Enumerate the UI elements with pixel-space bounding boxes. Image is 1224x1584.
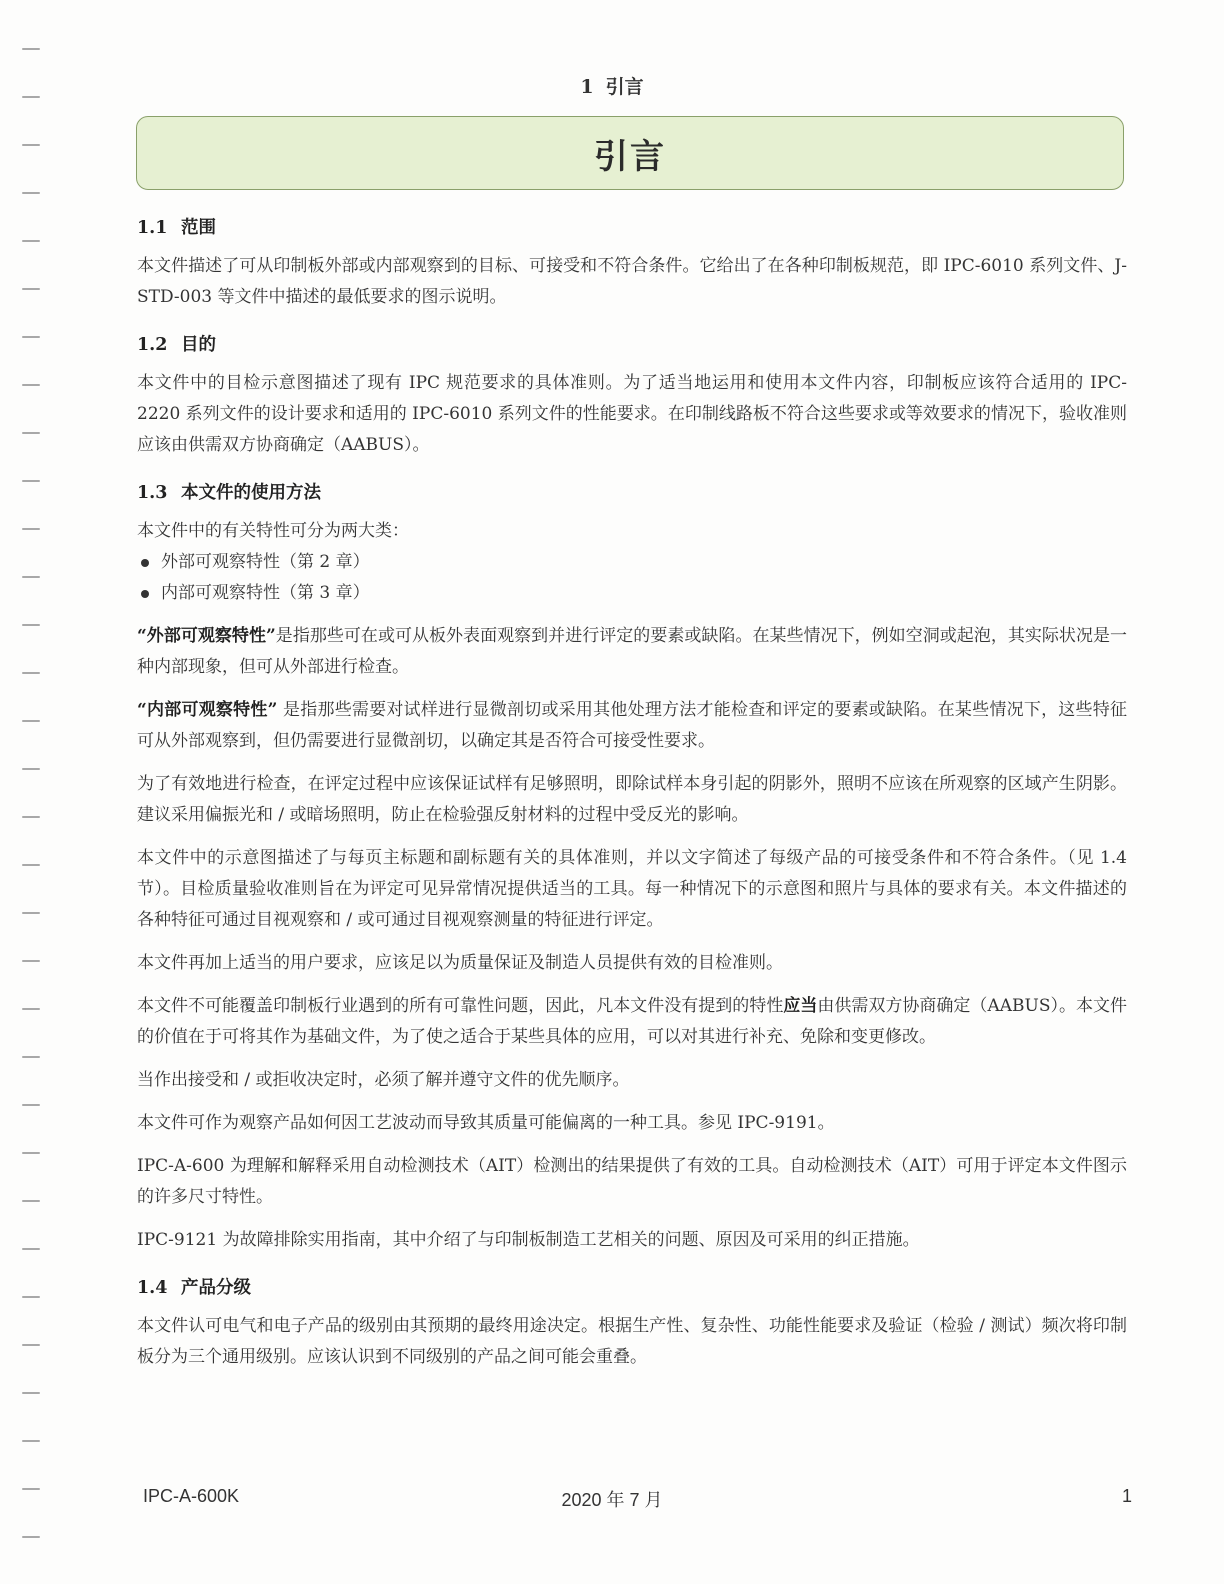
paragraph: 本文件可作为观察产品如何因工艺波动而导致其质量可能偏离的一种工具。参见 IPC-… — [137, 1108, 1127, 1139]
margin-tick — [22, 192, 40, 194]
margin-tick — [22, 912, 40, 914]
margin-tick — [22, 1056, 40, 1058]
section-title: 范围 — [181, 218, 216, 238]
list-item-text: 内部可观察特性（第 3 章） — [161, 583, 370, 603]
margin-tick — [22, 1536, 40, 1538]
margin-tick — [22, 864, 40, 866]
margin-tick — [22, 1344, 40, 1346]
margin-tick — [22, 240, 40, 242]
margin-tick — [22, 1392, 40, 1394]
paragraph: 本文件描述了可从印制板外部或内部观察到的目标、可接受和不符合条件。它给出了在各种… — [137, 251, 1127, 313]
margin-tick — [22, 288, 40, 290]
margin-tick — [22, 1008, 40, 1010]
margin-tick — [22, 1152, 40, 1154]
page-footer: IPC-A-600K 2020 年 7 月 1 — [0, 1486, 1224, 1516]
margin-tick — [22, 1296, 40, 1298]
bullet-list: 外部可观察特性（第 2 章） 内部可观察特性（第 3 章） — [137, 547, 1127, 609]
margin-tick — [22, 1440, 40, 1442]
margin-tick — [22, 48, 40, 50]
margin-tick — [22, 624, 40, 626]
paragraph-text: 是指那些需要对试样进行显微剖切或采用其他处理方法才能检查和评定的要素或缺陷。在某… — [137, 700, 1127, 751]
paragraph: 本文件中的有关特性可分为两大类： — [137, 516, 1127, 547]
paragraph: 本文件再加上适当的用户要求，应该足以为质量保证及制造人员提供有效的目检准则。 — [137, 948, 1127, 979]
chapter-number: 1 — [580, 76, 593, 98]
paragraph-internal: “内部可观察特性” 是指那些需要对试样进行显微剖切或采用其他处理方法才能检查和评… — [137, 695, 1127, 757]
margin-tick — [22, 144, 40, 146]
paragraph-external: “外部可观察特性”是指那些可在或可从板外表面观察到并进行评定的要素或缺陷。在某些… — [137, 621, 1127, 683]
section-number: 1.1 — [137, 218, 181, 238]
list-item: 内部可观察特性（第 3 章） — [137, 578, 1127, 609]
footer-date: 2020 年 7 月 — [0, 1486, 1224, 1512]
margin-tick — [22, 720, 40, 722]
running-header: 1引言 — [0, 72, 1224, 99]
margin-tick — [22, 480, 40, 482]
paragraph-text: 是指那些可在或可从板外表面观察到并进行评定的要素或缺陷。在某些情况下，例如空洞或… — [137, 626, 1127, 677]
section-number: 1.4 — [137, 1278, 181, 1298]
banner-title: 引言 — [594, 129, 666, 178]
section-heading-1-4: 1.4产品分级 — [137, 1274, 1127, 1299]
binder-margin-ticks — [22, 0, 42, 1584]
list-item-text: 外部可观察特性（第 2 章） — [161, 552, 370, 572]
term-external: “外部可观察特性” — [137, 626, 276, 646]
margin-tick — [22, 432, 40, 434]
paragraph: 本文件中的目检示意图描述了现有 IPC 规范要求的具体准则。为了适当地运用和使用… — [137, 368, 1127, 461]
section-number: 1.3 — [137, 483, 181, 503]
section-heading-1-3: 1.3本文件的使用方法 — [137, 479, 1127, 504]
bullet-icon — [141, 559, 149, 567]
margin-tick — [22, 672, 40, 674]
margin-tick — [22, 1104, 40, 1106]
list-item: 外部可观察特性（第 2 章） — [137, 547, 1127, 578]
paragraph-reliability: 本文件不可能覆盖印制板行业遇到的所有可靠性问题，因此，凡本文件没有提到的特性应当… — [137, 991, 1127, 1053]
section-title: 本文件的使用方法 — [181, 483, 321, 503]
footer-page-number: 1 — [1122, 1486, 1132, 1507]
bullet-icon — [141, 590, 149, 598]
paragraph: 本文件认可电气和电子产品的级别由其预期的最终用途决定。根据生产性、复杂性、功能性… — [137, 1311, 1127, 1373]
section-heading-1-1: 1.1范围 — [137, 214, 1127, 239]
paragraph: 当作出接受和 / 或拒收决定时，必须了解并遵守文件的优先顺序。 — [137, 1065, 1127, 1096]
section-heading-1-2: 1.2目的 — [137, 331, 1127, 356]
chapter-banner: 引言 — [136, 116, 1124, 190]
paragraph: 本文件中的示意图描述了与每页主标题和副标题有关的具体准则，并以文字简述了每级产品… — [137, 843, 1127, 936]
term-internal: “内部可观察特性” — [137, 700, 277, 720]
paragraph: IPC-A-600 为理解和解释采用自动检测技术（AIT）检测出的结果提供了有效… — [137, 1151, 1127, 1213]
paragraph: 为了有效地进行检查，在评定过程中应该保证试样有足够照明，即除试样本身引起的阴影外… — [137, 769, 1127, 831]
margin-tick — [22, 1200, 40, 1202]
margin-tick — [22, 576, 40, 578]
margin-tick — [22, 960, 40, 962]
margin-tick — [22, 1248, 40, 1250]
section-number: 1.2 — [137, 335, 181, 355]
paragraph: IPC-9121 为故障排除实用指南，其中介绍了与印制板制造工艺相关的问题、原因… — [137, 1225, 1127, 1256]
margin-tick — [22, 528, 40, 530]
section-title: 目的 — [181, 335, 216, 355]
document-body: 1.1范围 本文件描述了可从印制板外部或内部观察到的目标、可接受和不符合条件。它… — [137, 214, 1127, 1385]
section-title: 产品分级 — [181, 1278, 251, 1298]
margin-tick — [22, 336, 40, 338]
term-shall: 应当 — [783, 996, 817, 1016]
paragraph-text: 本文件不可能覆盖印制板行业遇到的所有可靠性问题，因此，凡本文件没有提到的特性 — [137, 996, 783, 1016]
margin-tick — [22, 384, 40, 386]
margin-tick — [22, 816, 40, 818]
margin-tick — [22, 768, 40, 770]
chapter-title: 引言 — [606, 76, 644, 98]
